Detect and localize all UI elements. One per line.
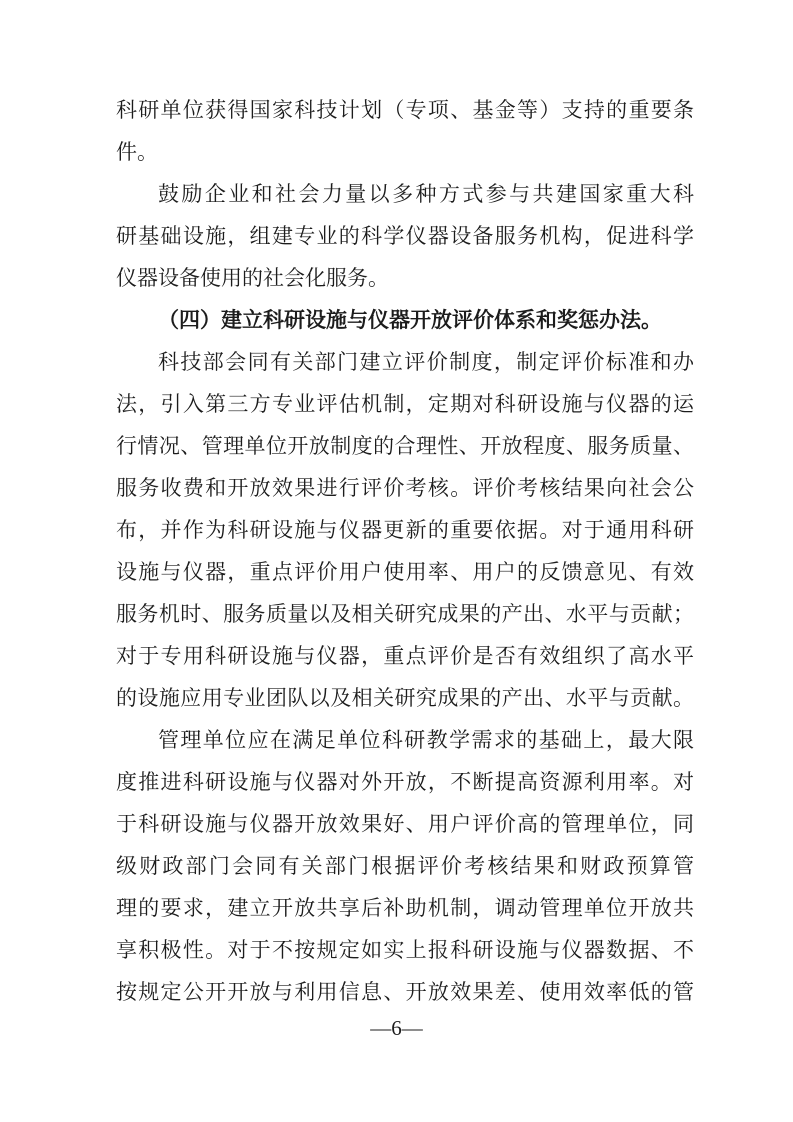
text-line: 度推进科研设施与仪器对外开放，不断提高资源利用率。对 [116,761,694,803]
document-body: 科研单位获得国家科技计划（专项、基金等）支持的重要条 件。 鼓励企业和社会力量以… [116,89,694,1013]
text-line: 科技部会同有关部门建立评价制度，制定评价标准和办 [116,341,694,383]
document-page: 科研单位获得国家科技计划（专项、基金等）支持的重要条 件。 鼓励企业和社会力量以… [0,0,793,1122]
page-number: —6— [0,1012,793,1044]
text-line: 鼓励企业和社会力量以多种方式参与共建国家重大科 [116,173,694,215]
text-line: 于科研设施与仪器开放效果好、用户评价高的管理单位，同 [116,803,694,845]
text-line: 级财政部门会同有关部门根据评价考核结果和财政预算管 [116,845,694,887]
text-line: 布，并作为科研设施与仪器更新的重要依据。对于通用科研 [116,509,694,551]
text-line: 管理单位应在满足单位科研教学需求的基础上，最大限 [116,719,694,761]
text-line: 的设施应用专业团队以及相关研究成果的产出、水平与贡献。 [116,677,694,719]
text-line: 对于专用科研设施与仪器，重点评价是否有效组织了高水平 [116,635,694,677]
text-line: 仪器设备使用的社会化服务。 [116,257,694,299]
text-line: 科研单位获得国家科技计划（专项、基金等）支持的重要条 [116,89,694,131]
text-line: 服务收费和开放效果进行评价考核。评价考核结果向社会公 [116,467,694,509]
text-line: 理的要求，建立开放共享后补助机制，调动管理单位开放共 [116,887,694,929]
text-line: 服务机时、服务质量以及相关研究成果的产出、水平与贡献； [116,593,694,635]
text-line: 享积极性。对于不按规定如实上报科研设施与仪器数据、不 [116,929,694,971]
text-line: 行情况、管理单位开放制度的合理性、开放程度、服务质量、 [116,425,694,467]
section-heading: （四）建立科研设施与仪器开放评价体系和奖惩办法。 [116,299,694,341]
text-line: 法，引入第三方专业评估机制，定期对科研设施与仪器的运 [116,383,694,425]
text-line: 按规定公开开放与利用信息、开放效果差、使用效率低的管 [116,971,694,1013]
text-line: 件。 [116,131,694,173]
text-line: 设施与仪器，重点评价用户使用率、用户的反馈意见、有效 [116,551,694,593]
text-line: 研基础设施，组建专业的科学仪器设备服务机构，促进科学 [116,215,694,257]
